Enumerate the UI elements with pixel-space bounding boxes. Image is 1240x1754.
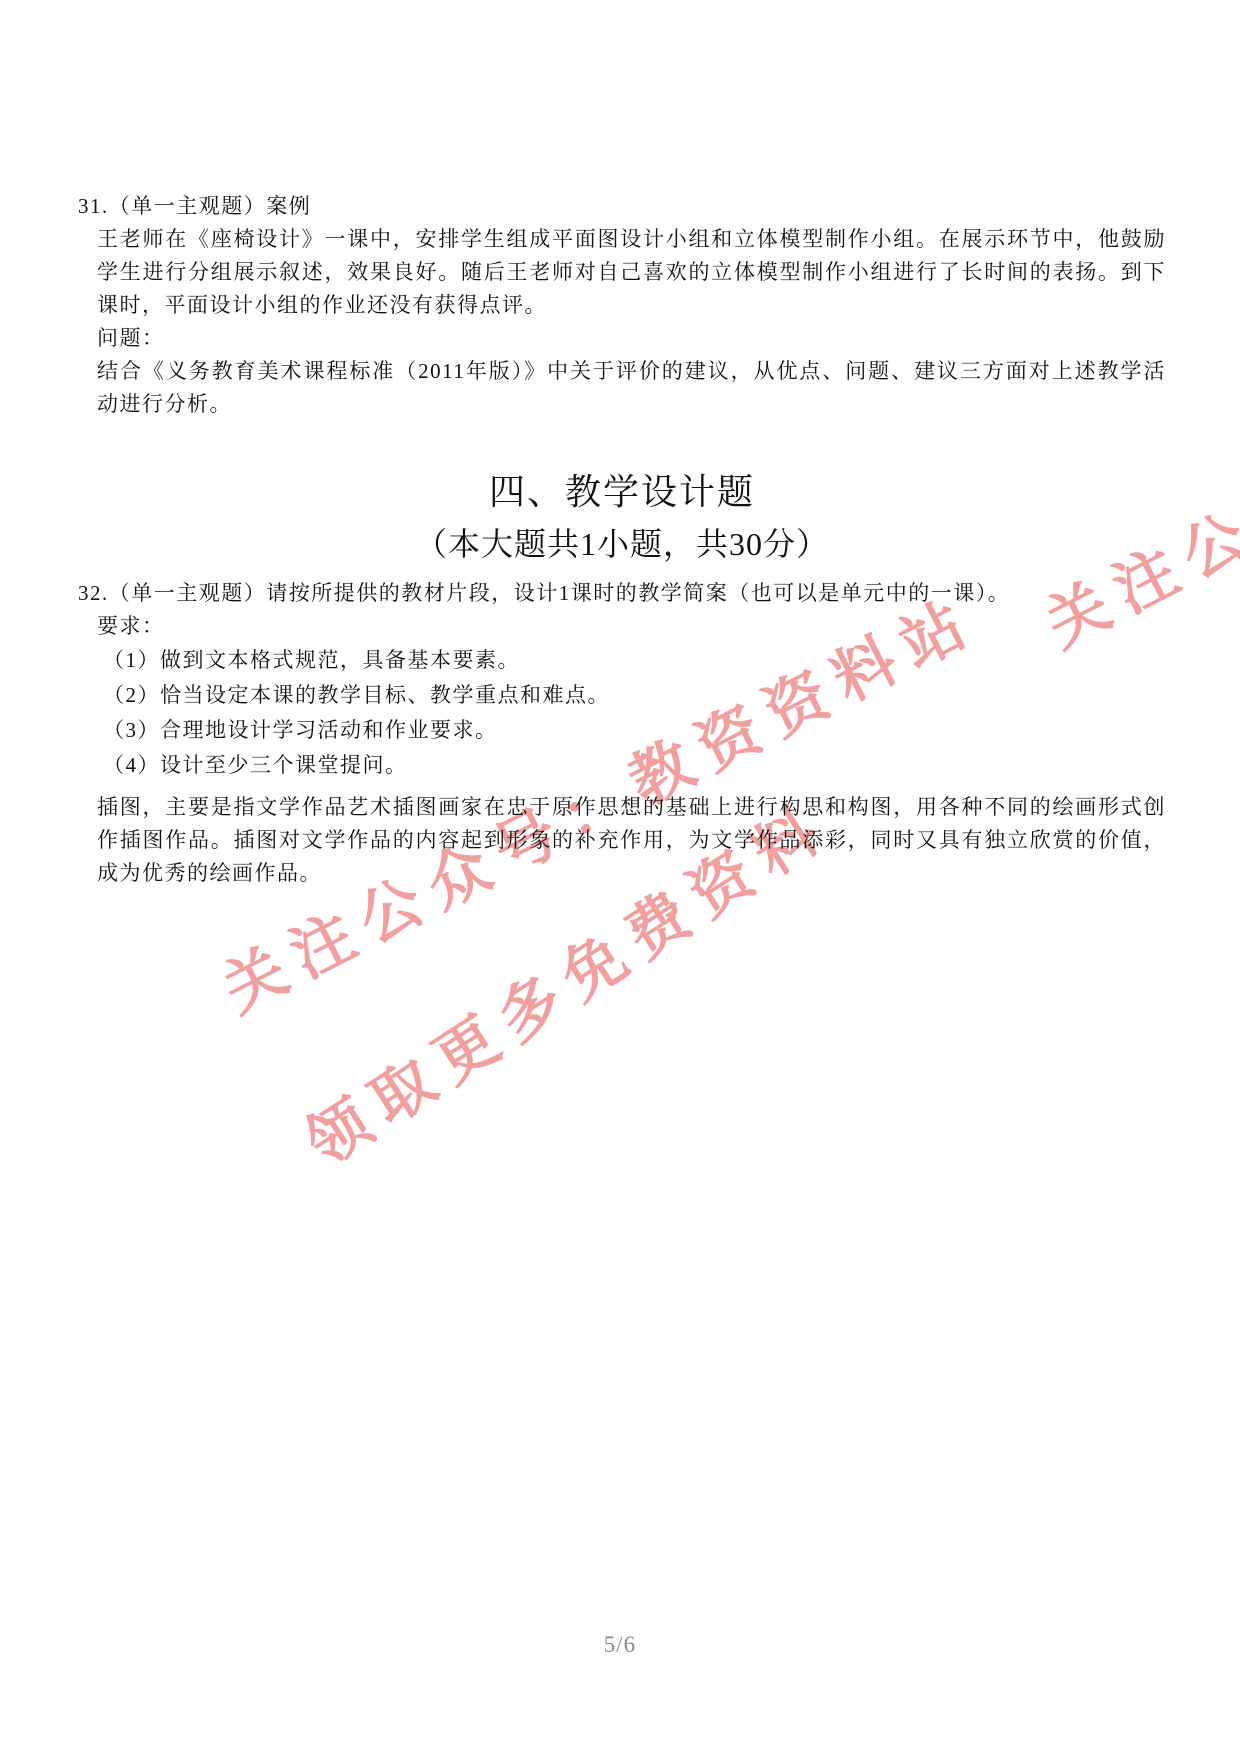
question-32-number: 32.: [78, 581, 109, 605]
question-31-type: （单一主观题）: [109, 194, 267, 218]
question-31-question-label: 问题：: [97, 322, 1166, 355]
question-32: 32.（单一主观题）请按所提供的教材片段，设计1课时的教学简案（也可以是单元中的…: [78, 577, 1166, 890]
question-31: 31.（单一主观题）案例 王老师在《座椅设计》一课中，安排学生组成平面图设计小组…: [78, 190, 1166, 421]
question-32-requirements-label: 要求：: [97, 610, 1166, 643]
exam-paper-page: 关注公众号：教资资料站 领取更多免费资料 关注公众号：教资资料站 31.（单一主…: [0, 0, 1240, 1754]
question-31-case-text: 王老师在《座椅设计》一课中，安排学生组成平面图设计小组和立体模型制作小组。在展示…: [97, 223, 1166, 322]
requirement-item-4: （4）设计至少三个课堂提问。: [103, 748, 1166, 783]
question-32-header: 32.（单一主观题）请按所提供的教材片段，设计1课时的教学简案（也可以是单元中的…: [78, 577, 1166, 610]
question-32-prompt: 请按所提供的教材片段，设计1课时的教学简案（也可以是单元中的一课）。: [266, 581, 1010, 605]
question-31-header: 31.（单一主观题）案例: [78, 190, 1166, 223]
question-31-number: 31.: [78, 194, 109, 218]
question-32-material-text: 插图，主要是指文学作品艺术插图画家在忠于原作思想的基础上进行构思和构图，用各种不…: [97, 791, 1166, 890]
question-31-question-text: 结合《义务教育美术课程标准（2011年版）》中关于评价的建议，从优点、问题、建议…: [97, 355, 1166, 421]
requirement-item-2: （2）恰当设定本课的教学目标、教学重点和难点。: [103, 678, 1166, 713]
requirement-item-1: （1）做到文本格式规范，具备基本要素。: [103, 643, 1166, 678]
question-32-type: （单一主观题）: [109, 581, 267, 605]
section-4-title: 四、教学设计题: [78, 470, 1166, 514]
section-4-subtitle: （本大题共1小题，共30分）: [78, 522, 1166, 566]
requirement-item-3: （3）合理地设计学习活动和作业要求。: [103, 713, 1166, 748]
page-content: 31.（单一主观题）案例 王老师在《座椅设计》一课中，安排学生组成平面图设计小组…: [0, 0, 1240, 1754]
question-31-title: 案例: [266, 194, 311, 218]
page-number: 5/6: [0, 1632, 1240, 1658]
